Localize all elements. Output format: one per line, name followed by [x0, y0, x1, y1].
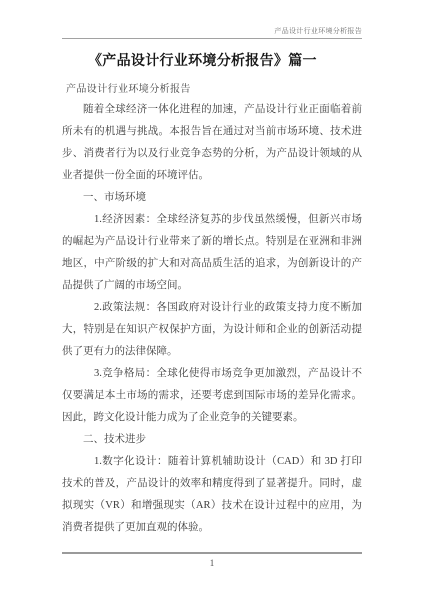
body-paragraph: 随着全球经济一体化进程的加速，产品设计行业正面临着前所未有的机遇与挑战。本报告旨…: [62, 99, 362, 187]
numbered-item: 1.数字化设计：随着计算机辅助设计（CAD）和 3D 打印技术的普及，产品设计的…: [62, 451, 362, 539]
running-header-text: 产品设计行业环境分析报告: [274, 26, 362, 36]
numbered-item: 1.经济因素：全球经济复苏的步伐虽然缓慢，但新兴市场的崛起为产品设计行业带来了新…: [62, 209, 362, 297]
header-rule: [62, 38, 362, 39]
document-title: 《产品设计行业环境分析报告》篇一: [62, 52, 362, 72]
section-heading: 二、技术进步: [62, 429, 362, 451]
document-body: 随着全球经济一体化进程的加速，产品设计行业正面临着前所未有的机遇与挑战。本报告旨…: [62, 99, 362, 539]
numbered-item: 2.政策法规：各国政府对设计行业的政策支持力度不断加大，特别是在知识产权保护方面…: [62, 297, 362, 363]
footer-rule: [62, 552, 362, 554]
section-heading: 一、市场环境: [62, 187, 362, 209]
document-page: 产品设计行业环境分析报告 《产品设计行业环境分析报告》篇一 产品设计行业环境分析…: [0, 0, 424, 600]
page-number: 1: [0, 558, 424, 568]
document-subtitle: 产品设计行业环境分析报告: [62, 83, 362, 96]
numbered-item: 3.竞争格局：全球化使得市场竞争更加激烈，产品设计不仅要满足本土市场的需求，还要…: [62, 363, 362, 429]
document-content: 《产品设计行业环境分析报告》篇一 产品设计行业环境分析报告 随着全球经济一体化进…: [62, 52, 362, 539]
